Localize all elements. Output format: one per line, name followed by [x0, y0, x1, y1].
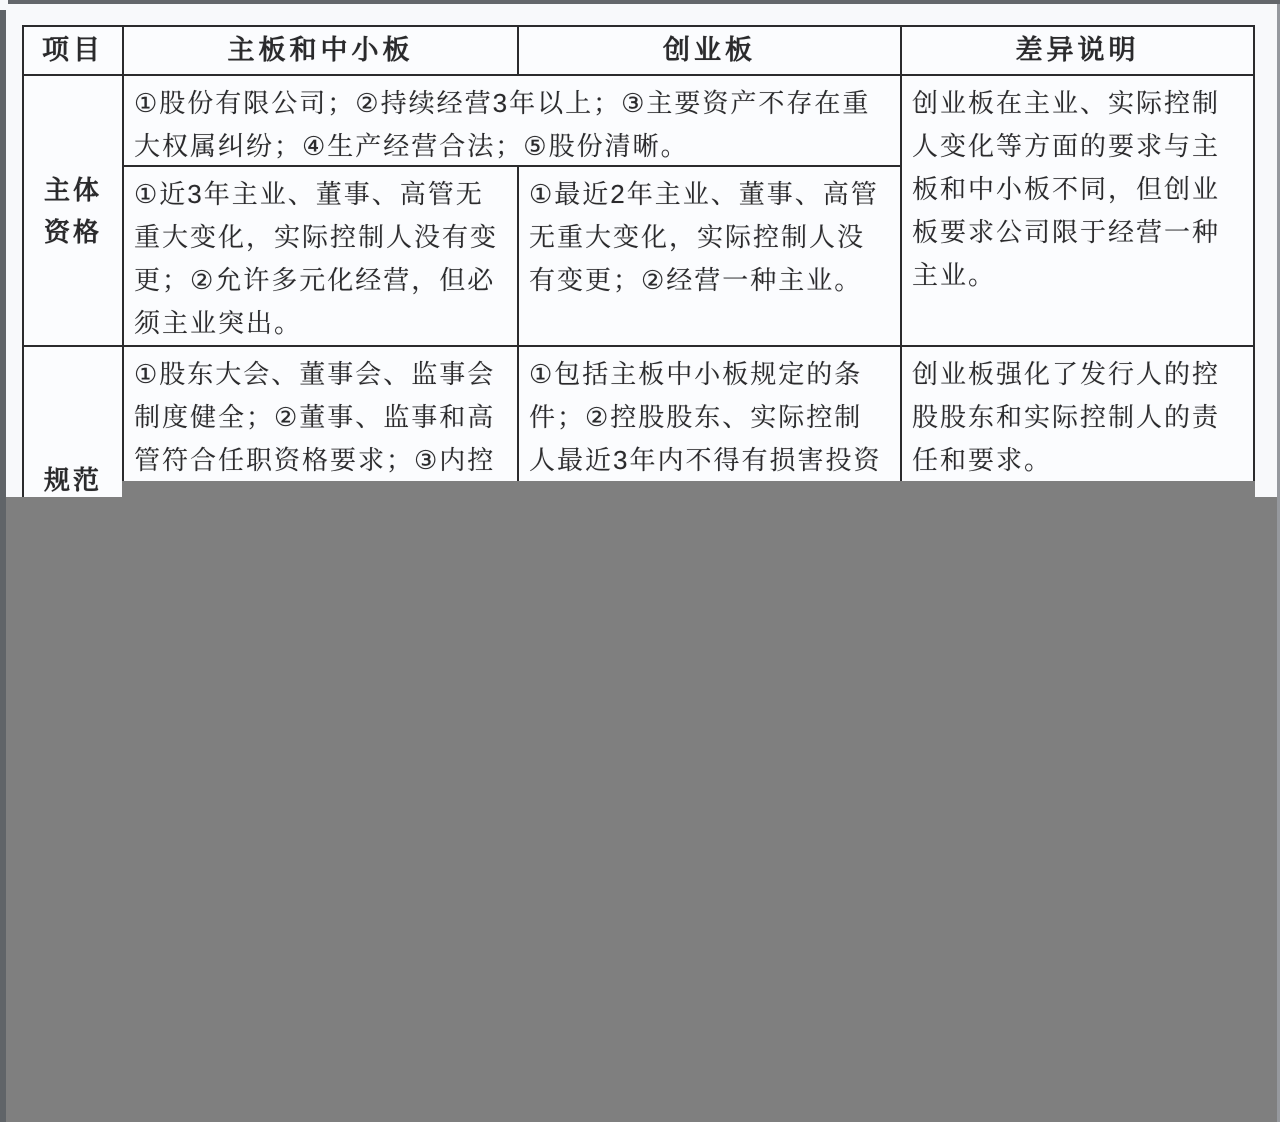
screen-edge-top: [8, 0, 1280, 4]
header-difference: 差异说明: [902, 27, 1253, 76]
cell-chinext-row1: ①最近2年主业、董事、高管无重大变化，实际控制人没有变更；②经营一种主业。: [519, 167, 902, 347]
header-item: 项目: [24, 27, 124, 76]
comparison-table: 项目 主板和中小板 创业板 差异说明 主体资格 ①股份有限公司；②持续经营3年以…: [22, 25, 1255, 527]
gray-occlusion-main: [0, 497, 1280, 1122]
document-page: 项目 主板和中小板 创业板 差异说明 主体资格 ①股份有限公司；②持续经营3年以…: [0, 0, 1280, 1122]
screen-edge-left: [0, 10, 6, 1122]
header-chinext-board: 创业板: [519, 27, 902, 76]
cell-common-requirements: ①股份有限公司；②持续经营3年以上；③主要资产不存在重大权属纠纷；④生产经营合法…: [124, 76, 902, 167]
row-label-subject-qualification: 主体资格: [24, 76, 124, 347]
header-main-board: 主板和中小板: [124, 27, 519, 76]
cell-main-board-row1: ①近3年主业、董事、高管无重大变化，实际控制人没有变更；②允许多元化经营，但必须…: [124, 167, 519, 347]
cell-difference-row1: 创业板在主业、实际控制人变化等方面的要求与主板和中小板不同，但创业板要求公司限于…: [902, 76, 1253, 347]
row-label-text: 主体资格: [34, 169, 112, 253]
